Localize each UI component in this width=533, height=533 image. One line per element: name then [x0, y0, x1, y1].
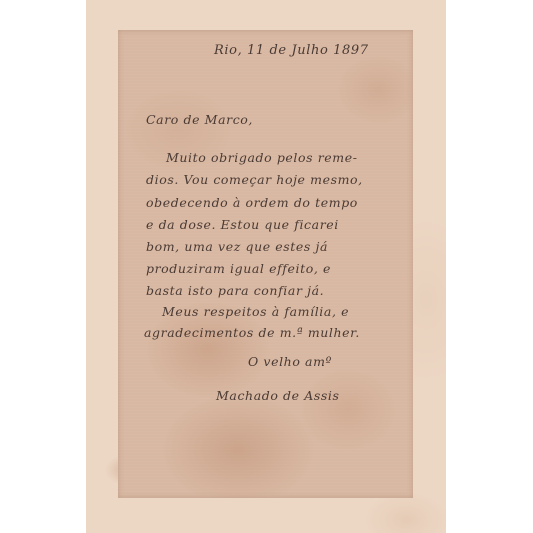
body-line: dios. Vou começar hoje mesmo,	[146, 172, 363, 187]
closing: O velho amº	[248, 354, 332, 369]
signature: Machado de Assis	[216, 388, 340, 403]
body-line: produziram igual effeito, e	[146, 261, 331, 276]
letter-paper: Rio, 11 de Julho 1897 Caro de Marco, Mui…	[118, 30, 413, 498]
body-line: basta isto para confiar já.	[146, 283, 324, 298]
body-line: Muito obrigado pelos reme-	[166, 150, 358, 165]
salutation: Caro de Marco,	[146, 112, 253, 127]
dateline: Rio, 11 de Julho 1897	[214, 43, 369, 58]
body-line: obedecendo à ordem do tempo	[146, 195, 358, 210]
body-line: Meus respeitos à família, e	[162, 304, 349, 319]
body-line: agradecimentos de m.ª mulher.	[144, 325, 360, 340]
body-line: e da dose. Estou que ficarei	[146, 217, 339, 232]
body-line: bom, uma vez que estes já	[146, 239, 328, 254]
